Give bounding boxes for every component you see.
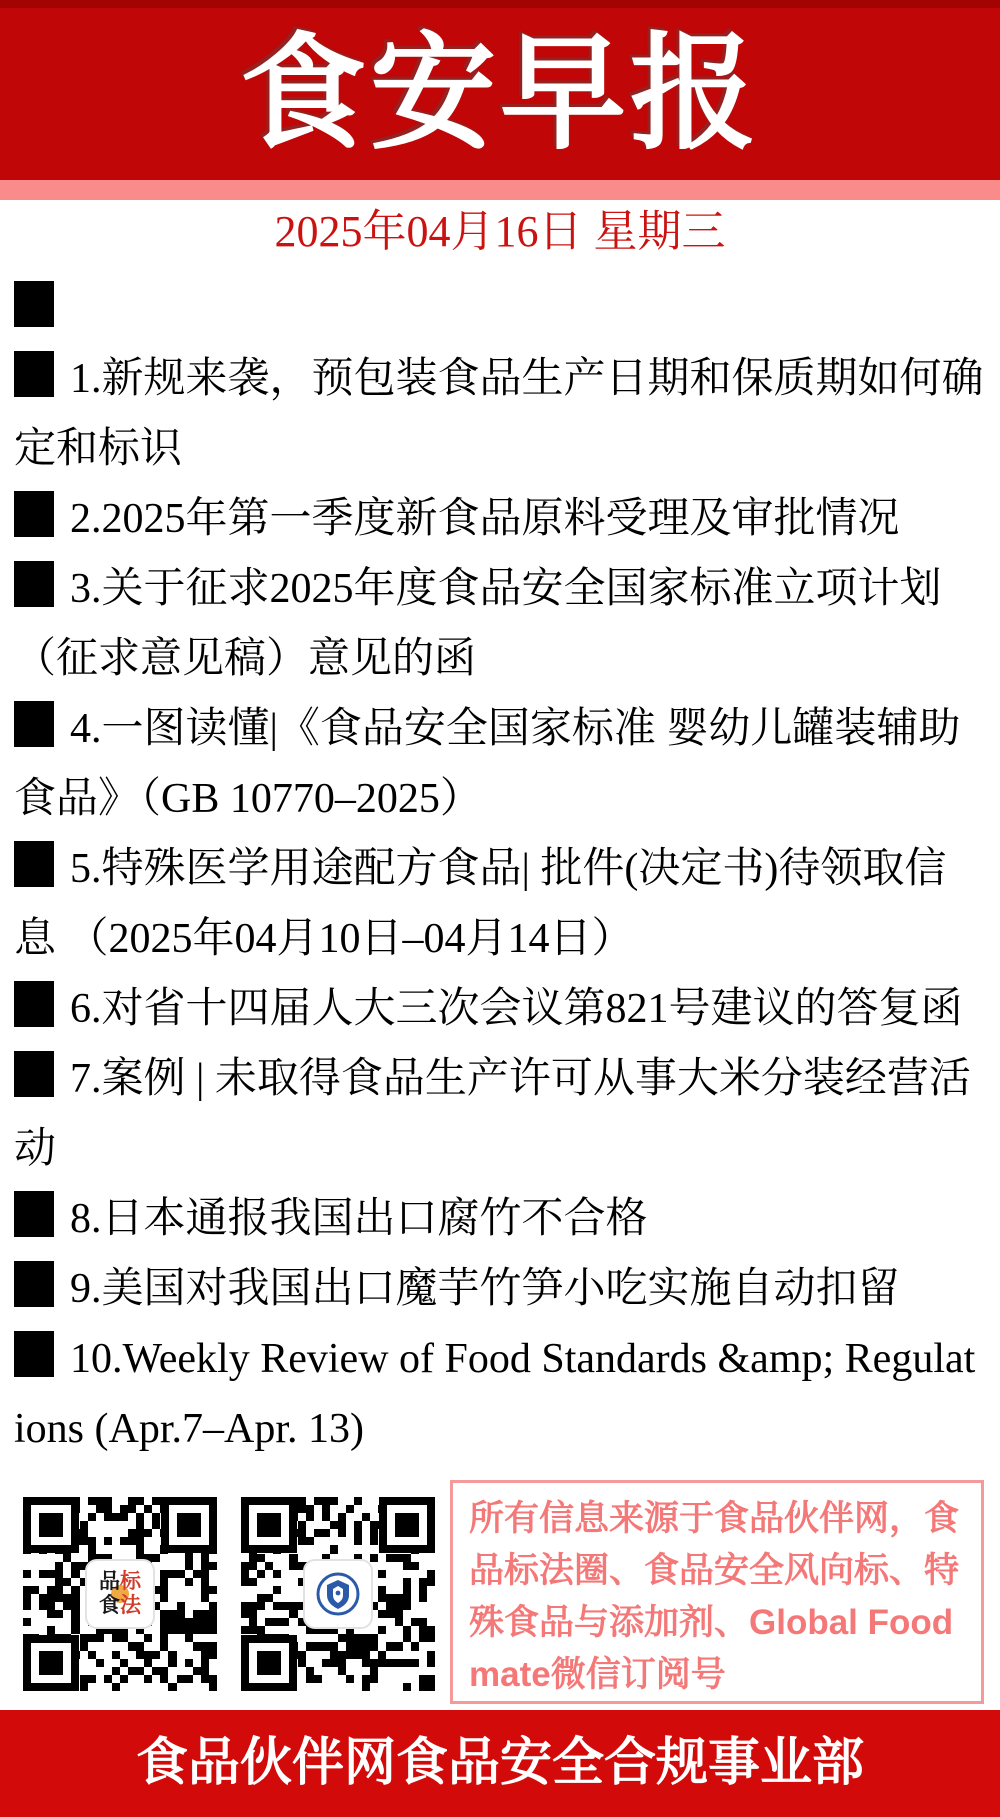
footer-text: 食品伙伴网食品安全合规事业部 xyxy=(136,1734,864,1792)
news-item-text: 8.日本通报我国出口腐竹不合格 xyxy=(70,1196,648,1242)
news-item-text: 5.特殊医学用途配方食品| 批件(决定书)待领取信息 （2025年04月10日–… xyxy=(14,846,946,962)
date-line: 2025年04月16日 星期三 xyxy=(0,204,1000,260)
bullet-square-icon xyxy=(14,561,54,607)
bullet-square-icon xyxy=(14,981,54,1027)
bullet-square-icon xyxy=(14,1051,54,1097)
bullet-square-icon xyxy=(14,281,54,327)
qr-finder-icon xyxy=(241,1497,297,1553)
news-item-text: 2.2025年第一季度新食品原料受理及审批情况 xyxy=(70,496,900,542)
qr-finder-icon xyxy=(379,1497,435,1553)
page-title: 食安早报 xyxy=(240,31,760,157)
logo-char: 品 xyxy=(99,1570,120,1593)
pink-divider-strip xyxy=(0,180,1000,200)
qr-finder-icon xyxy=(23,1497,79,1553)
news-item-text: 3.关于征求2025年度食品安全国家标准立项计划（征求意见稿）意见的函 xyxy=(14,566,942,682)
news-item: 5.特殊医学用途配方食品| 批件(决定书)待领取信息 （2025年04月10日–… xyxy=(14,834,984,974)
qr-code-foodmate xyxy=(238,1494,438,1694)
news-item-text: 1.新规来袭，预包装食品生产日期和保质期如何确定和标识 xyxy=(14,356,984,472)
food-safety-daily-poster: 食安早报 2025年04月16日 星期三 1.新规来袭，预包装食品生产日期和保质… xyxy=(0,0,1000,1817)
logo-char: 法 xyxy=(120,1594,141,1617)
news-item-text: 4.一图读懂|《食品安全国家标准 婴幼儿罐装辅助食品》（GB 10770–202… xyxy=(14,706,960,822)
news-item-text: 9.美国对我国出口魔芋竹笋小吃实施自动扣留 xyxy=(70,1266,900,1312)
news-item: 2.2025年第一季度新食品原料受理及审批情况 xyxy=(14,484,984,554)
qr-finder-icon xyxy=(23,1635,79,1691)
news-item: 10.Weekly Review of Food Standards &amp;… xyxy=(14,1324,984,1464)
footer-bar: 食品伙伴网食品安全合规事业部 xyxy=(0,1710,1000,1817)
news-item-text: 7.案例 | 未取得食品生产许可从事大米分装经营活动 xyxy=(14,1056,971,1172)
news-item xyxy=(14,274,984,344)
logo-char: 标 xyxy=(120,1570,141,1593)
news-item: 4.一图读懂|《食品安全国家标准 婴幼儿罐装辅助食品》（GB 10770–202… xyxy=(14,694,984,834)
bullet-square-icon xyxy=(14,841,54,887)
bullet-square-icon xyxy=(14,351,54,397)
biaofa-logo: 品标 食法 xyxy=(85,1559,155,1629)
source-info-box: 所有信息来源于食品伙伴网，食品标法圈、食品安全风向标、特殊食品与添加剂、Glob… xyxy=(450,1480,984,1704)
news-item: 6.对省十四届人大三次会议第821号建议的答复函 xyxy=(14,974,984,1044)
news-item-text: 6.对省十四届人大三次会议第821号建议的答复函 xyxy=(70,986,963,1032)
logo-char: 食 xyxy=(99,1594,120,1617)
news-list: 1.新规来袭，预包装食品生产日期和保质期如何确定和标识 2.2025年第一季度新… xyxy=(0,260,1000,1478)
qr-finder-icon xyxy=(161,1497,217,1553)
bottom-section: 品标 食法 所有信息来源于食品伙伴网，食品标法圈、食品安全风向标、特殊食品与添加… xyxy=(0,1478,1000,1710)
source-info-text: 所有信息来源于食品伙伴网，食品标法圈、食品安全风向标、特殊食品与添加剂、Glob… xyxy=(469,1499,959,1694)
news-item: 7.案例 | 未取得食品生产许可从事大米分装经营活动 xyxy=(14,1044,984,1184)
news-item-text: 10.Weekly Review of Food Standards &amp;… xyxy=(14,1336,975,1452)
qr-finder-icon xyxy=(241,1635,297,1691)
news-item: 8.日本通报我国出口腐竹不合格 xyxy=(14,1184,984,1254)
bullet-square-icon xyxy=(14,491,54,537)
bullet-square-icon xyxy=(14,1191,54,1237)
news-item: 9.美国对我国出口魔芋竹笋小吃实施自动扣留 xyxy=(14,1254,984,1324)
news-item: 3.关于征求2025年度食品安全国家标准立项计划（征求意见稿）意见的函 xyxy=(14,554,984,694)
shield-icon xyxy=(316,1572,360,1616)
news-item: 1.新规来袭，预包装食品生产日期和保质期如何确定和标识 xyxy=(14,344,984,484)
foodmate-emblem-logo xyxy=(303,1559,373,1629)
bullet-square-icon xyxy=(14,1331,54,1377)
bullet-square-icon xyxy=(14,701,54,747)
bullet-square-icon xyxy=(14,1261,54,1307)
title-banner: 食安早报 xyxy=(0,0,1000,180)
qr-code-biaofa-circle: 品标 食法 xyxy=(20,1494,220,1694)
